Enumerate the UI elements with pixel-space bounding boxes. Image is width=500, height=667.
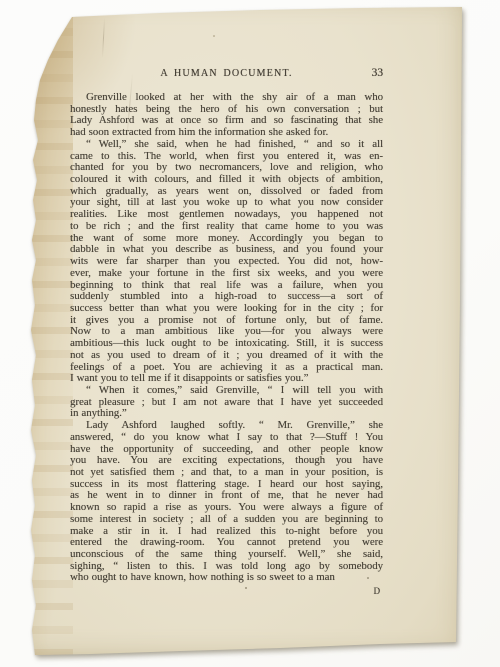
book-page: A HUMAN DOCUMENT. 33 Grenville looked at…	[25, 5, 465, 660]
scan-background: A HUMAN DOCUMENT. 33 Grenville looked at…	[0, 0, 500, 667]
book-page-shadow-wrap: A HUMAN DOCUMENT. 33 Grenville looked at…	[25, 5, 465, 660]
paper-edge-shading	[25, 5, 465, 660]
